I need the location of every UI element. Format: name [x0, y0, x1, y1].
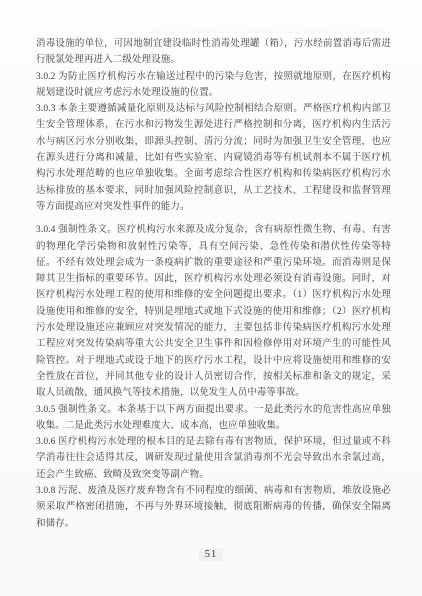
paragraph-clause-3-0-3: 3.0.3 本条主要遵循减量化原则及达标与风险控制相结合原则。严格医疗机构内部卫… — [36, 101, 391, 215]
paragraph-clause-3-0-8: 3.0.8 污泥、废渣及医疗废弃物含有不同程度的细菌、病毒和有害物质，堆放设施必… — [36, 483, 391, 532]
paragraph-clause-3-0-2: 3.0.2 为防止医疗机构污水在输送过程中的污染与危害，按照就地原则，在医疗机构… — [36, 69, 391, 102]
page-number: 51 — [0, 548, 422, 561]
paragraph-clause-3-0-5: 3.0.5 强制性条文。本条基于以下两方面提出要求。一是此类污水的危害性高应单独… — [36, 402, 391, 435]
page-number-value: 51 — [199, 548, 224, 561]
document-page: 消毒设施的单位，可因地制宜建设临时性消毒处理罐（箱），污水经前置消毒后需进行脱氯… — [0, 0, 422, 596]
paragraph-clause-3-0-6: 3.0.6 医疗机构污水处理的根本目的是去除有毒有害物质，保护环境，但过量或不科… — [36, 434, 391, 483]
paragraph-continuation: 消毒设施的单位，可因地制宜建设临时性消毒处理罐（箱），污水经前置消毒后需进行脱氯… — [36, 36, 391, 69]
paragraph-clause-3-0-4: 3.0.4 强制性条文。医疗机构污水来源及成分复杂，含有病原性微生物、有毒、有害… — [36, 222, 391, 401]
scan-artifact — [150, 31, 390, 33]
body-text-block: 消毒设施的单位，可因地制宜建设临时性消毒处理罐（箱），污水经前置消毒后需进行脱氯… — [36, 36, 391, 532]
